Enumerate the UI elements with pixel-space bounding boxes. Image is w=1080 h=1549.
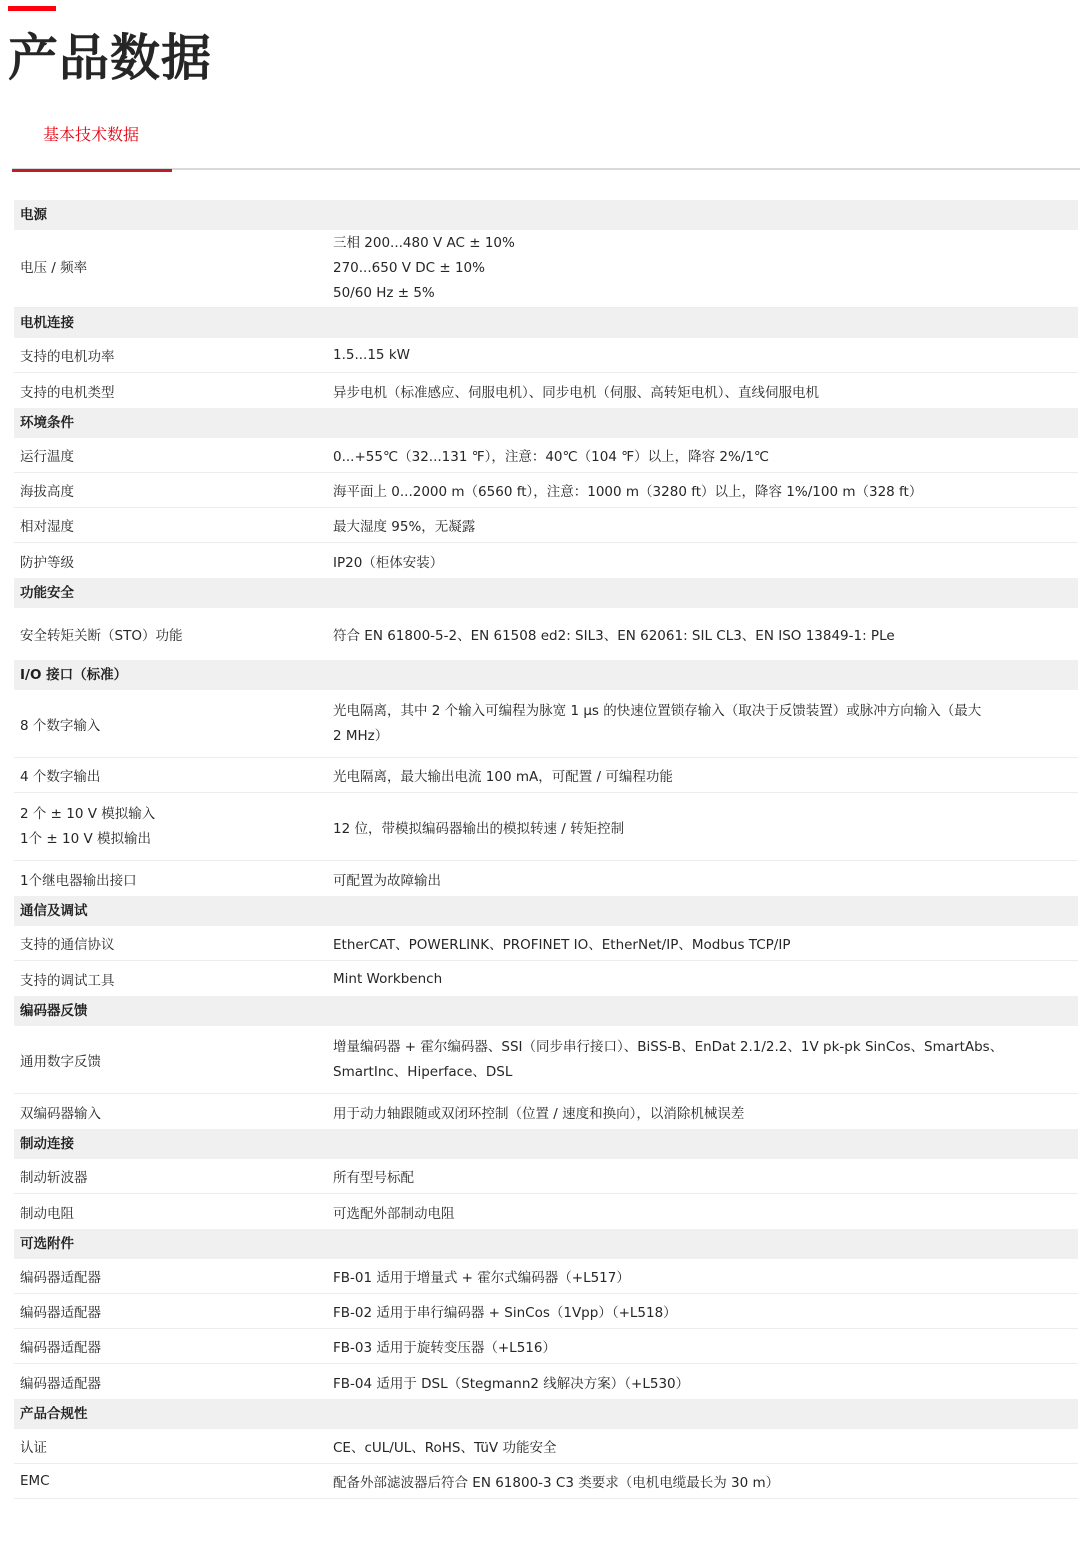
- row-value: FB-01 适用于增量式 + 霍尔式编码器（+L517）: [333, 1266, 1078, 1286]
- section-header-communication: 通信及调试: [14, 896, 1078, 926]
- section-header-io-interface: I/O 接口（标准）: [14, 660, 1078, 690]
- section-header-power: 电源: [14, 200, 1078, 230]
- table-row: 制动斩波器 所有型号标配: [14, 1159, 1078, 1194]
- section-header-compliance: 产品合规性: [14, 1399, 1078, 1429]
- table-row: 电压 / 频率 三相 200...480 V AC ± 10% 270...65…: [14, 230, 1078, 308]
- row-label: 支持的电机类型: [14, 381, 333, 401]
- row-label: 双编码器输入: [14, 1102, 333, 1122]
- row-label: 编码器适配器: [14, 1301, 333, 1321]
- row-label: 支持的调试工具: [14, 969, 333, 989]
- row-label: 海拔高度: [14, 480, 333, 500]
- table-row: 支持的调试工具 Mint Workbench: [14, 961, 1078, 996]
- row-label: 相对湿度: [14, 515, 333, 535]
- page-title: 产品数据: [8, 26, 212, 90]
- tab-bar: 基本技术数据: [12, 110, 1080, 170]
- table-row: 相对湿度 最大湿度 95%，无凝露: [14, 508, 1078, 543]
- row-value: 可配置为故障输出: [333, 869, 1078, 889]
- row-label: 安全转矩关断（STO）功能: [14, 624, 333, 644]
- section-header-motor-connection: 电机连接: [14, 308, 1078, 338]
- row-value: FB-03 适用于旋转变压器（+L516）: [333, 1336, 1078, 1356]
- spec-table: 电源 电压 / 频率 三相 200...480 V AC ± 10% 270..…: [14, 200, 1078, 1499]
- row-value: Mint Workbench: [333, 971, 1078, 987]
- row-value: EtherCAT、POWERLINK、PROFINET IO、EtherNet/…: [333, 933, 1078, 953]
- row-label: 8 个数字输入: [14, 714, 333, 734]
- row-value: 0...+55℃（32...131 ℉），注意：40℃（104 ℉）以上，降容 …: [333, 445, 1078, 465]
- row-label: 电压 / 频率: [14, 256, 333, 281]
- section-header-functional-safety: 功能安全: [14, 578, 1078, 608]
- table-row: 2 个 ± 10 V 模拟输入 1个 ± 10 V 模拟输出 12 位，带模拟编…: [14, 793, 1078, 861]
- table-row: 支持的电机类型 异步电机（标准感应、伺服电机）、同步电机（伺服、高转矩电机）、直…: [14, 373, 1078, 408]
- row-value: 三相 200...480 V AC ± 10% 270...650 V DC ±…: [333, 231, 1078, 306]
- table-row: 防护等级 IP20（柜体安装）: [14, 543, 1078, 578]
- section-header-options: 可选附件: [14, 1229, 1078, 1259]
- table-row: 安全转矩关断（STO）功能 符合 EN 61800-5-2、EN 61508 e…: [14, 608, 1078, 660]
- row-label: 防护等级: [14, 551, 333, 571]
- row-label: 支持的电机功率: [14, 345, 333, 365]
- row-value: IP20（柜体安装）: [333, 551, 1078, 571]
- tab-basic-technical-data[interactable]: 基本技术数据: [12, 110, 172, 170]
- row-label: EMC: [14, 1473, 333, 1489]
- section-header-encoder-feedback: 编码器反馈: [14, 996, 1078, 1026]
- row-label: 编码器适配器: [14, 1372, 333, 1392]
- table-row: 4 个数字输出 光电隔离，最大输出电流 100 mA，可配置 / 可编程功能: [14, 758, 1078, 793]
- row-value: 12 位，带模拟编码器输出的模拟转速 / 转矩控制: [333, 817, 1078, 837]
- row-label: 认证: [14, 1436, 333, 1456]
- row-value: FB-04 适用于 DSL（Stegmann2 线解决方案）（+L530）: [333, 1372, 1078, 1392]
- section-header-braking: 制动连接: [14, 1129, 1078, 1159]
- row-value: 光电隔离，其中 2 个输入可编程为脉宽 1 μs 的快速位置锁存输入（取决于反馈…: [333, 699, 1078, 749]
- table-row: 运行温度 0...+55℃（32...131 ℉），注意：40℃（104 ℉）以…: [14, 438, 1078, 473]
- row-value: 符合 EN 61800-5-2、EN 61508 ed2: SIL3、EN 62…: [333, 624, 1078, 644]
- row-label: 支持的通信协议: [14, 933, 333, 953]
- row-value: 光电隔离，最大输出电流 100 mA，可配置 / 可编程功能: [333, 765, 1078, 785]
- row-label: 制动斩波器: [14, 1166, 333, 1186]
- table-row: 通用数字反馈 增量编码器 + 霍尔编码器、SSI（同步串行接口）、BiSS-B、…: [14, 1026, 1078, 1094]
- row-value: FB-02 适用于串行编码器 + SinCos（1Vpp）（+L518）: [333, 1301, 1078, 1321]
- row-value: 用于动力轴跟随或双闭环控制（位置 / 速度和换向），以消除机械误差: [333, 1102, 1078, 1122]
- row-label: 4 个数字输出: [14, 765, 333, 785]
- row-value: 最大湿度 95%，无凝露: [333, 515, 1078, 535]
- table-row: EMC 配备外部滤波器后符合 EN 61800-3 C3 类要求（电机电缆最长为…: [14, 1464, 1078, 1499]
- table-row: 编码器适配器 FB-02 适用于串行编码器 + SinCos（1Vpp）（+L5…: [14, 1294, 1078, 1329]
- row-value: CE、cUL/UL、RoHS、TüV 功能安全: [333, 1436, 1078, 1456]
- row-label: 运行温度: [14, 445, 333, 465]
- row-value: 配备外部滤波器后符合 EN 61800-3 C3 类要求（电机电缆最长为 30 …: [333, 1471, 1078, 1491]
- section-header-environment: 环境条件: [14, 408, 1078, 438]
- table-row: 编码器适配器 FB-01 适用于增量式 + 霍尔式编码器（+L517）: [14, 1259, 1078, 1294]
- table-row: 1个继电器输出接口 可配置为故障输出: [14, 861, 1078, 896]
- row-value: 异步电机（标准感应、伺服电机）、同步电机（伺服、高转矩电机）、直线伺服电机: [333, 381, 1078, 401]
- row-label: 2 个 ± 10 V 模拟输入 1个 ± 10 V 模拟输出: [14, 802, 333, 852]
- row-value: 所有型号标配: [333, 1166, 1078, 1186]
- row-value: 海平面上 0...2000 m（6560 ft），注意：1000 m（3280 …: [333, 480, 1078, 500]
- row-label: 编码器适配器: [14, 1266, 333, 1286]
- table-row: 8 个数字输入 光电隔离，其中 2 个输入可编程为脉宽 1 μs 的快速位置锁存…: [14, 690, 1078, 758]
- table-row: 编码器适配器 FB-04 适用于 DSL（Stegmann2 线解决方案）（+L…: [14, 1364, 1078, 1399]
- row-label: 制动电阻: [14, 1202, 333, 1222]
- accent-bar: [8, 6, 56, 11]
- table-row: 海拔高度 海平面上 0...2000 m（6560 ft），注意：1000 m（…: [14, 473, 1078, 508]
- row-label: 1个继电器输出接口: [14, 869, 333, 889]
- row-value: 1.5...15 kW: [333, 347, 1078, 363]
- table-row: 制动电阻 可选配外部制动电阻: [14, 1194, 1078, 1229]
- table-row: 支持的电机功率 1.5...15 kW: [14, 338, 1078, 373]
- table-row: 双编码器输入 用于动力轴跟随或双闭环控制（位置 / 速度和换向），以消除机械误差: [14, 1094, 1078, 1129]
- row-label: 通用数字反馈: [14, 1050, 333, 1070]
- row-value: 增量编码器 + 霍尔编码器、SSI（同步串行接口）、BiSS-B、EnDat 2…: [333, 1035, 1078, 1085]
- row-label: 编码器适配器: [14, 1336, 333, 1356]
- table-row: 认证 CE、cUL/UL、RoHS、TüV 功能安全: [14, 1429, 1078, 1464]
- table-row: 支持的通信协议 EtherCAT、POWERLINK、PROFINET IO、E…: [14, 926, 1078, 961]
- row-value: 可选配外部制动电阻: [333, 1202, 1078, 1222]
- table-row: 编码器适配器 FB-03 适用于旋转变压器（+L516）: [14, 1329, 1078, 1364]
